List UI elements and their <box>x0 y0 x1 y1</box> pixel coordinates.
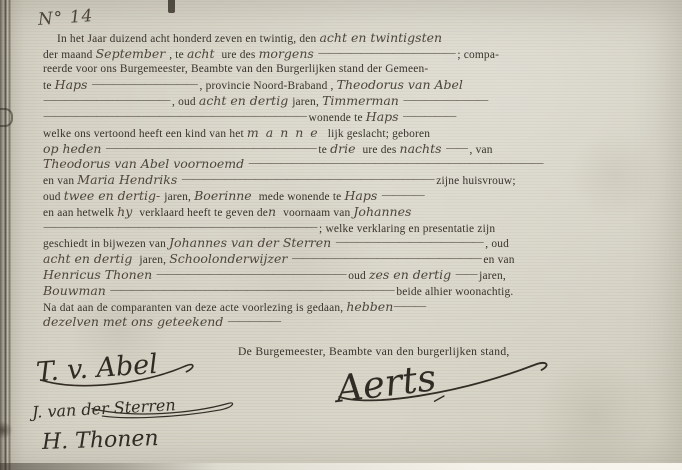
printed-text-segment: oud <box>345 270 369 282</box>
handwritten-text-segment: n <box>268 204 280 219</box>
ruled-fill-line: ——— <box>393 298 425 313</box>
printed-text-segment: en van <box>43 175 77 187</box>
act-line: Na dat aan de comparanten van deze acte … <box>43 299 568 315</box>
signature-burgemeester: Aerts <box>334 356 439 411</box>
ruled-fill-line: ————— <box>227 313 280 328</box>
handwritten-text-segment: nachts <box>400 141 446 156</box>
handwritten-text-segment: Timmerman <box>322 93 403 108</box>
handwritten-text-segment: Theodorus van Abel <box>337 77 463 92</box>
handwritten-text-segment: September <box>96 46 170 61</box>
printed-text-segment: , van <box>467 144 493 156</box>
handwritten-text-segment: acht en dertig <box>43 251 136 266</box>
printed-text-segment: ; compa- <box>454 49 499 61</box>
printed-text-segment: ure des <box>359 144 399 156</box>
birth-record-page: N° 14 In het Jaar duizend acht honderd z… <box>0 0 682 470</box>
ruled-fill-line: ———————————————————— <box>105 140 315 155</box>
ink-blot-left-lower <box>0 421 13 439</box>
act-line: der maand September , te acht ure des mo… <box>43 46 568 62</box>
printed-text-segment: jaren, <box>136 254 169 266</box>
printed-text-segment: , provincie Noord-Braband , <box>196 80 336 92</box>
ruled-fill-line: —————————————————————————— <box>43 219 316 234</box>
ruled-fill-line: ———————— <box>403 92 487 107</box>
act-line: te Haps —————————— , provincie Noord-Bra… <box>43 77 568 93</box>
handwritten-text-segment: Theodorus van Abel voornoemd <box>43 156 248 171</box>
printed-text-segment: , te <box>169 49 187 61</box>
act-line: Bouwman ——————————————————————————— beid… <box>43 283 568 299</box>
act-body: In het Jaar duizend acht honderd zeven e… <box>43 30 568 330</box>
printed-text-segment: jaren, <box>292 96 322 108</box>
act-line: en aan hetwelk hy verklaard heeft te gev… <box>43 204 568 220</box>
scan-bottom-edge <box>0 463 682 470</box>
handwritten-text-segment: Schoolonderwijzer <box>169 251 291 266</box>
act-line: ————————————————————————— wonende te Hap… <box>43 109 568 125</box>
act-line: Henricus Thonen —————————————————— oud z… <box>43 267 568 283</box>
printed-text-segment: verklaard heeft te geven de <box>136 207 268 219</box>
handwritten-text-segment: Henricus Thonen <box>43 267 156 282</box>
ruled-fill-line: ————— <box>403 108 456 123</box>
handwritten-text-segment: acht en twintigsten <box>319 30 442 45</box>
printed-text-segment: te <box>43 80 55 92</box>
ruled-fill-line: ———————————————————————————— <box>248 155 542 170</box>
act-number: N° 14 <box>37 6 94 30</box>
act-line: dezelven met ons geteekend ————— <box>43 314 568 330</box>
act-line: —————————————————————————— ; welke verkl… <box>43 220 568 236</box>
handwritten-text-segment: Haps <box>366 109 403 124</box>
handwritten-text-segment: hebben <box>346 299 393 314</box>
act-line: Theodorus van Abel voornoemd ———————————… <box>43 156 568 172</box>
act-line: geschiedt in bijwezen van Johannes van d… <box>43 235 568 251</box>
handwritten-text-segment: hy <box>117 204 136 219</box>
ink-mark-top <box>168 0 175 13</box>
printed-text-segment: lijk geslacht; geboren <box>325 128 431 140</box>
printed-text-segment: der maand <box>43 49 96 61</box>
handwritten-text-segment: Johannes <box>353 204 411 219</box>
handwritten-text-segment: manne <box>247 125 325 140</box>
printed-text-segment: voornaam van <box>280 207 353 219</box>
handwritten-text-segment: Maria Hendriks <box>77 172 181 187</box>
handwritten-text-segment: Johannes van der Sterren <box>169 235 335 250</box>
act-line: en van Maria Hendriks ——————————————————… <box>43 172 568 188</box>
handwritten-text-segment: acht <box>187 46 219 61</box>
ruled-fill-line: ———————————————————————— <box>181 171 433 186</box>
printed-text-segment: geschiedt in bijwezen van <box>43 238 169 250</box>
ruled-fill-line: ———————————— <box>43 92 169 107</box>
signature-theodorus-van-abel: T. v. Abel <box>35 349 159 388</box>
printed-text-segment: beide alhier woonachtig. <box>393 286 513 298</box>
printed-text-segment: en aan hetwelk <box>43 207 117 219</box>
handwritten-text-segment: drie <box>330 141 359 156</box>
ruled-fill-line: —— <box>446 140 467 155</box>
handwritten-text-segment: Haps <box>55 77 92 92</box>
ruled-fill-line: ———— <box>381 187 423 202</box>
handwritten-text-segment: acht en dertig <box>199 93 292 108</box>
printed-text-segment: , oud <box>482 238 509 250</box>
printed-text-segment: te <box>315 144 330 156</box>
handwritten-text-segment: op heden <box>43 141 105 156</box>
ruled-fill-line: —————————————— <box>335 234 482 249</box>
handwritten-text-segment: Bouwman <box>43 283 110 298</box>
handwritten-text-segment: twee en dertig- <box>64 188 165 203</box>
act-line: welke ons vertoond heeft een kind van he… <box>43 125 568 141</box>
ink-blot-left <box>0 108 13 127</box>
ruled-fill-line: —— <box>455 266 476 281</box>
ruled-fill-line: —————————————————— <box>156 266 345 281</box>
printed-text-segment: , oud <box>169 96 199 108</box>
act-line: oud twee en dertig- jaren, Boerinne mede… <box>43 188 568 204</box>
handwritten-text-segment: morgens <box>259 46 318 61</box>
officiant-title-line: De Burgemeester, Beambte van den burgerl… <box>238 345 510 358</box>
book-binding-edge <box>0 0 14 470</box>
ruled-fill-line: —————————— <box>91 76 196 91</box>
handwritten-text-segment: zes en dertig <box>369 267 455 282</box>
ruled-fill-line: ——————————————————————————— <box>110 282 394 297</box>
signature-text: H. Thonen <box>42 426 159 455</box>
act-line: In het Jaar duizend acht honderd zeven e… <box>43 30 568 46</box>
act-line: op heden ———————————————————— te drie ur… <box>43 141 568 157</box>
printed-text-segment: ure des <box>218 49 258 61</box>
printed-text-segment: wonende te <box>306 112 366 124</box>
printed-text-segment: welke ons vertoond heeft een kind van he… <box>43 128 247 140</box>
printed-text-segment: Na dat aan de comparanten van deze acte … <box>43 302 346 314</box>
printed-text-segment: en van <box>480 254 514 266</box>
act-line: ———————————— , oud acht en dertig jaren,… <box>43 93 568 109</box>
printed-text-segment: mede wonende te <box>256 191 345 203</box>
handwritten-text-segment: Boerinne <box>194 188 256 203</box>
printed-text-segment: reerde voor ons Burgemeester, Beambte va… <box>43 63 428 75</box>
printed-text-segment: In het Jaar duizend acht honderd zeven e… <box>57 33 319 45</box>
act-line: acht en dertig jaren, Schoolonderwijzer … <box>43 251 568 267</box>
handwritten-text-segment: Haps <box>344 188 381 203</box>
ruled-fill-line: ————————————— <box>318 45 455 60</box>
printed-text-segment: jaren, <box>476 270 506 282</box>
signature-j-van-der-sterren: J. van der Sterren <box>32 395 176 421</box>
ruled-fill-line: ————————————————————————— <box>43 108 306 123</box>
printed-text-segment: jaren, <box>164 191 194 203</box>
signature-h-thonen: H. Thonen <box>42 426 159 455</box>
printed-text-segment: oud <box>43 191 64 203</box>
ruled-fill-line: —————————————————— <box>291 250 480 265</box>
printed-text-segment: ; welke verklaring en presentatie zijn <box>316 223 495 235</box>
handwritten-text-segment: dezelven met ons geteekend <box>43 314 227 329</box>
printed-text-segment: zijne huisvrouw; <box>433 175 516 187</box>
